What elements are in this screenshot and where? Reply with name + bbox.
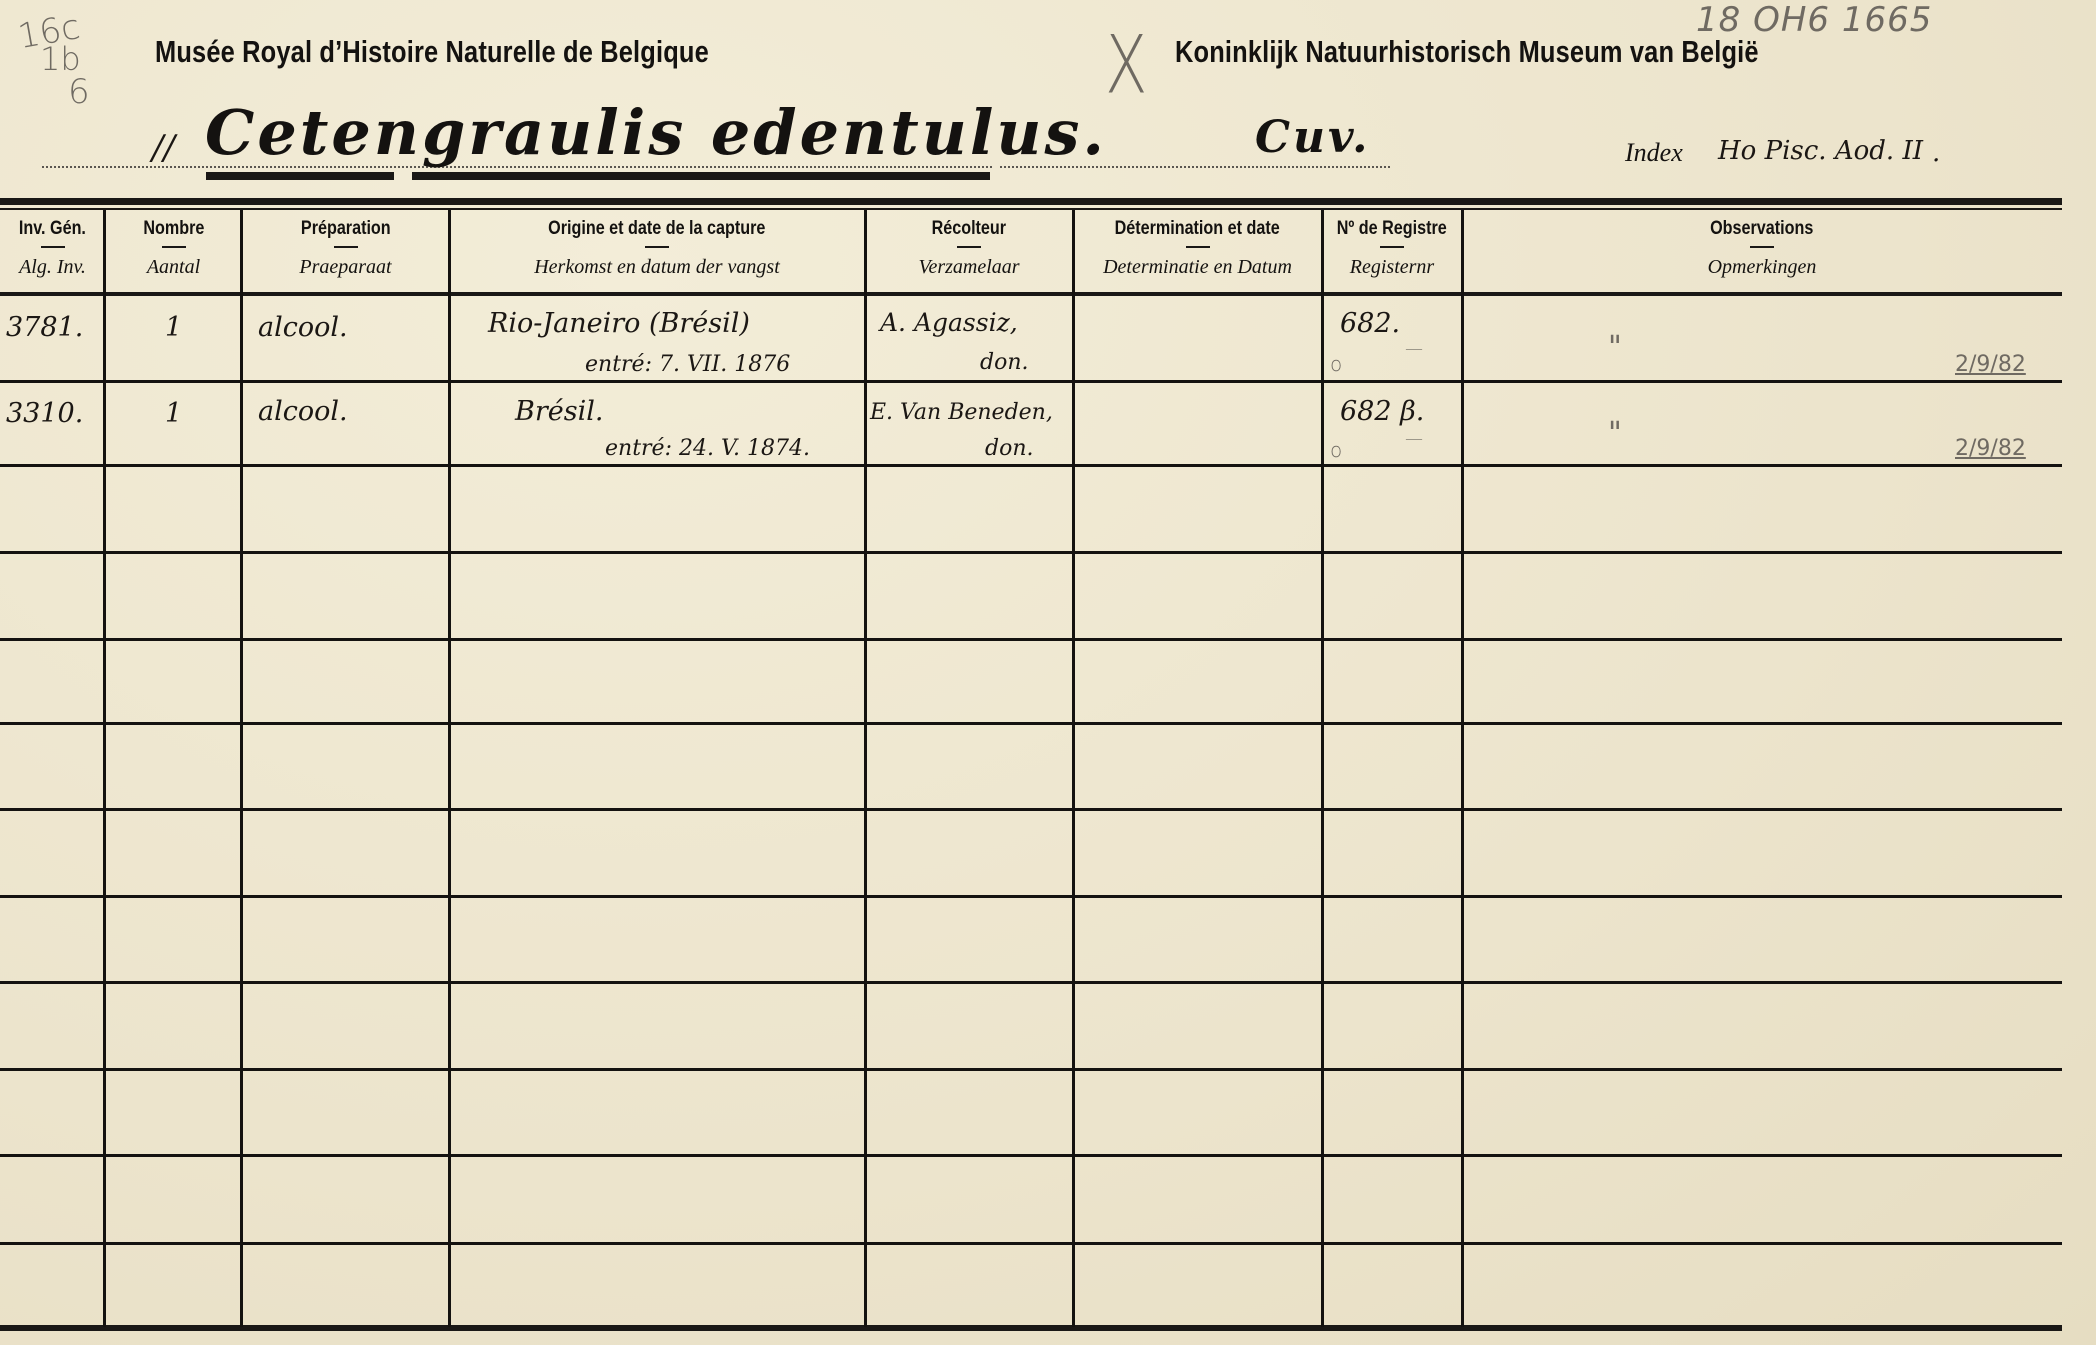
row-divider — [0, 722, 2062, 725]
cross-mark: X — [1105, 17, 1147, 112]
column-header-nombre: Nombre Aantal — [105, 212, 242, 292]
row-divider — [0, 808, 2062, 811]
column-header-recolteur: Récolteur Verzamelaar — [865, 212, 1073, 292]
row1-obs-date: 2/9/82 — [1955, 352, 2026, 377]
institution-name-fr: Musée Royal d’Histoire Naturelle de Belg… — [155, 34, 709, 70]
row-divider — [0, 551, 2062, 554]
column-header-origine-fr: Origine et date de la capture — [548, 218, 765, 240]
column-divider — [103, 210, 106, 1327]
column-header-separator — [1380, 246, 1404, 248]
column-divider — [1461, 210, 1464, 1327]
index-label: Index — [1625, 138, 1683, 168]
column-divider — [240, 210, 243, 1327]
row1-inv-number: 3781. — [6, 312, 83, 343]
pencil-note-6: 6 — [68, 72, 90, 112]
column-header-inv-fr: Inv. Gén. — [19, 218, 86, 240]
row2-recolteur: E. Van Beneden, — [870, 400, 1053, 425]
table-top-rule-thin — [0, 208, 2062, 210]
row-divider — [0, 464, 2062, 467]
row1-recolteur: A. Agassiz, — [880, 308, 1018, 337]
column-header-preparation: Préparation Praeparaat — [242, 212, 449, 292]
row-divider — [0, 1242, 2062, 1245]
column-header-nombre-nl: Aantal — [147, 256, 200, 279]
column-divider — [1072, 210, 1075, 1327]
row1-registre-dash: — — [1405, 338, 1423, 359]
header-bottom-rule — [0, 292, 2062, 296]
row1-observation: " — [1608, 330, 1622, 365]
column-header-registre-nl: Registernr — [1350, 256, 1434, 279]
species-name: Cetengraulis edentulus. — [205, 96, 1107, 169]
row2-registre: 682 β. — [1340, 396, 1424, 427]
column-divider — [448, 210, 451, 1327]
row2-date: entré: 24. V. 1874. — [605, 436, 810, 461]
column-header-separator — [334, 246, 358, 248]
column-header-observations-fr: Observations — [1710, 218, 1813, 240]
row1-date: entré: 7. VII. 1876 — [585, 352, 790, 377]
row2-observation: " — [1608, 416, 1622, 451]
row2-origine: Brésil. — [515, 396, 603, 427]
row2-registre-mark: o — [1330, 438, 1342, 462]
column-header-separator — [957, 246, 981, 248]
column-header-origine-nl: Herkomst en datum der vangst — [534, 256, 780, 279]
row-divider — [0, 1068, 2062, 1071]
column-header-observations: Observations Opmerkingen — [1462, 212, 2062, 292]
column-header-recolteur-nl: Verzamelaar — [918, 256, 1019, 279]
row-divider — [0, 895, 2062, 898]
row2-nombre: 1 — [165, 398, 182, 429]
row1-registre-mark: o — [1330, 352, 1342, 376]
row2-obs-date: 2/9/82 — [1955, 436, 2026, 461]
species-underline-1 — [206, 172, 394, 180]
column-header-inv-nl: Alg. Inv. — [19, 256, 86, 279]
index-trailing-dot: . — [1932, 138, 1940, 168]
table-bottom-rule — [0, 1325, 2062, 1331]
row-divider — [0, 380, 2062, 383]
row1-nombre: 1 — [165, 312, 182, 343]
row1-registre: 682. — [1340, 308, 1400, 339]
row-divider — [0, 981, 2062, 984]
column-header-inv: Inv. Gén. Alg. Inv. — [0, 212, 105, 292]
species-underline-2 — [412, 172, 990, 180]
species-prefix-marks: // — [152, 128, 175, 168]
row2-recolteur-sub: don. — [985, 436, 1034, 461]
column-divider — [864, 210, 867, 1327]
column-header-preparation-nl: Praeparaat — [299, 256, 391, 279]
column-header-separator — [1750, 246, 1774, 248]
species-author: Cuv. — [1255, 112, 1370, 163]
row1-origine: Rio-Janeiro (Brésil) — [488, 308, 750, 339]
column-header-registre: Nº de Registre Registernr — [1322, 212, 1462, 292]
index-value: Ho Pisc. Aod. II — [1718, 136, 1923, 166]
row1-preparation: alcool. — [258, 312, 348, 343]
row-divider — [0, 638, 2062, 641]
institution-name-nl: Koninklijk Natuurhistorisch Museum van B… — [1175, 34, 1759, 70]
row2-registre-dash: — — [1405, 428, 1423, 449]
row2-inv-number: 3310. — [6, 398, 83, 429]
column-header-determination-fr: Détermination et date — [1115, 218, 1280, 240]
row-divider — [0, 1154, 2062, 1157]
column-header-separator — [41, 246, 65, 248]
column-header-determination-nl: Determinatie en Datum — [1103, 256, 1292, 279]
table-top-rule-thick — [0, 198, 2062, 205]
column-header-separator — [1186, 246, 1210, 248]
row1-recolteur-sub: don. — [980, 350, 1029, 375]
column-divider — [1321, 210, 1324, 1327]
column-header-determination: Détermination et date Determinatie en Da… — [1073, 212, 1322, 292]
row2-preparation: alcool. — [258, 396, 348, 427]
column-header-preparation-fr: Préparation — [301, 218, 391, 240]
column-header-registre-fr: Nº de Registre — [1337, 218, 1447, 240]
column-header-separator — [645, 246, 669, 248]
column-header-recolteur-fr: Récolteur — [932, 218, 1006, 240]
column-header-separator — [162, 246, 186, 248]
column-header-nombre-fr: Nombre — [143, 218, 204, 240]
column-header-origine: Origine et date de la capture Herkomst e… — [449, 212, 865, 292]
column-header-observations-nl: Opmerkingen — [1708, 256, 1817, 279]
